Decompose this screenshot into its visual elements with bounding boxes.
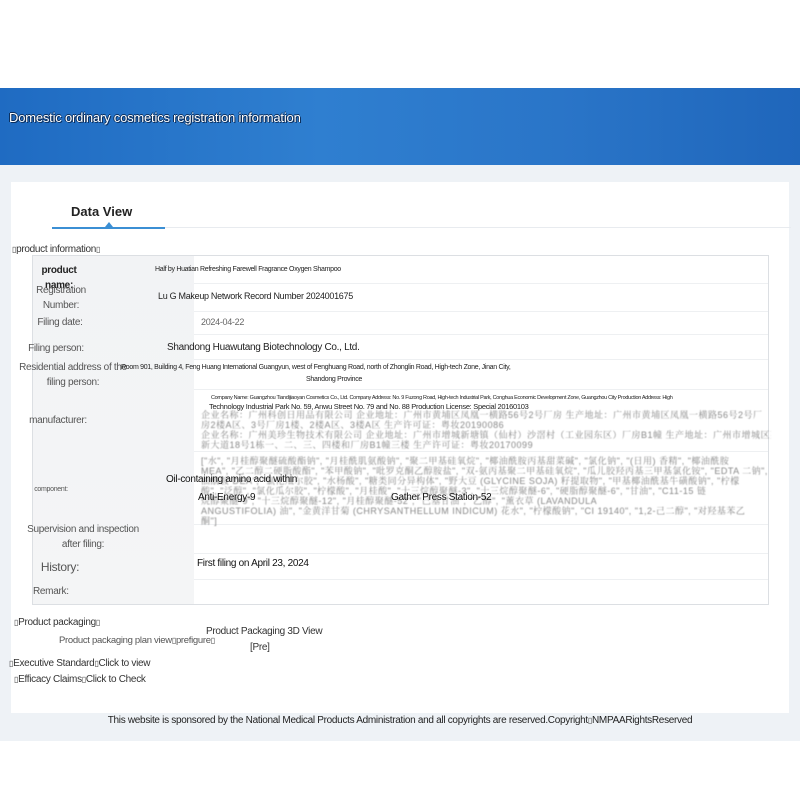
caret-up-icon (105, 222, 113, 227)
component-label: component: (31, 482, 71, 497)
row-divider (194, 311, 768, 312)
bracket-icon: ▯ (96, 618, 100, 627)
tab-divider (165, 227, 791, 228)
row-divider (194, 579, 768, 580)
component-overlay-2: Anti-Energy-9 (198, 492, 255, 503)
component-blurred-text: ["水", "月桂醇聚醚硫酸酯钠", "月桂酰肌氨酸钠", "聚二甲基硅氧烷",… (201, 456, 771, 526)
row-divider (194, 389, 768, 390)
product-info-heading-text: product information (16, 244, 96, 255)
row-divider (194, 451, 768, 452)
executive-standard-label: Executive Standard (13, 658, 94, 669)
bracket-icon: ▯ (96, 245, 100, 254)
footer: This website is sponsored by the Nationa… (0, 715, 800, 726)
filing-date-label: Filing date: (33, 315, 87, 330)
footer-text: This website is sponsored by the Nationa… (108, 715, 588, 726)
page-title: Domestic ordinary cosmetics registration… (9, 110, 301, 125)
blurred-line: 酮"] (201, 516, 771, 526)
blurred-line: ["水", "月桂醇聚醚硫酸酯钠", "月桂酰肌氨酸钠", "聚二甲基硅氧烷",… (201, 456, 771, 466)
supervision-label: Supervision and inspection after filing: (21, 522, 145, 552)
blurred-line: 企业名称：广州美珍生物技术有限公司 企业地址：广州市增城新塘镇（仙村）沙滘村（工… (201, 430, 771, 440)
efficacy-claims-link[interactable]: Click to Check (86, 674, 146, 685)
remark-label: Remark: (33, 584, 67, 599)
row-divider (194, 359, 768, 360)
manufacturer-label: manufacturer: (27, 413, 89, 428)
packaging-plan-view-text: Product packaging plan view (59, 635, 172, 646)
residential-address-value-line2: Shandong Province (306, 376, 362, 383)
blurred-line: 房2楼A区、3号厂房1楼、2楼A区、3楼A区 生产许可证：粤妆20190086 (201, 420, 771, 430)
tab-active-indicator (52, 227, 165, 229)
registration-number-label: Registration Number: (33, 283, 89, 313)
registration-number-value: Lu G Makeup Network Record Number 202400… (158, 291, 353, 301)
packaging-plan-view-link[interactable]: Product packaging plan view▯prefigure▯ (59, 635, 215, 646)
filing-date-value: 2024-04-22 (201, 317, 244, 327)
row-divider (194, 334, 768, 335)
filing-person-value: Shandong Huawutang Biotechnology Co., Lt… (167, 342, 360, 353)
packaging-3d-preview-link[interactable]: [Pre] (250, 642, 270, 653)
blurred-line: 企业名称：广州科创日用品有限公司 企业地址：广州市黄埔区凤凰一横路56号2号厂房… (201, 410, 771, 420)
packaging-3d-view-label: Product Packaging 3D View (206, 626, 322, 637)
filing-person-label: Filing person: (25, 341, 87, 356)
history-label: History: (35, 560, 85, 575)
bracket-icon: ▯ (211, 636, 215, 645)
residential-address-value-line1: Room 901, Building 4, Feng Huang Interna… (121, 364, 510, 371)
efficacy-claims-label: Efficacy Claims (18, 674, 82, 685)
header-banner: Domestic ordinary cosmetics registration… (0, 88, 800, 165)
packaging-heading: ▯Product packaging▯ (14, 617, 100, 628)
product-info-table: product name: Half by Huatian Refreshing… (32, 255, 769, 605)
blurred-line: ANGUSTIFOLIA) 油", "金黄洋甘菊 (CHRYSANTHELLUM… (201, 506, 771, 516)
component-overlay-3: Gather Press Station-52 (391, 492, 491, 503)
executive-standard-row: ▯Executive Standard▯Click to view (9, 658, 150, 669)
packaging-heading-text: Product packaging (18, 617, 96, 628)
manufacturer-value-line1: Company Name: Guangzhou Tiandijiaoyan Co… (211, 395, 673, 401)
blurred-line: 新大道18号1栋一、二、三、四楼和厂房B1幢三楼 生产许可证：粤妆2017009… (201, 440, 771, 450)
tab-bar: Data View (31, 200, 771, 230)
component-overlay-1: Oil-containing amino acid within (166, 474, 297, 485)
row-divider (194, 553, 768, 554)
product-info-heading: ▯product information▯ (12, 244, 100, 255)
efficacy-claims-row: ▯Efficacy Claims▯Click to Check (14, 674, 146, 685)
footer-suffix: NMPAARightsReserved (592, 715, 692, 726)
manufacturer-blurred-text: 企业名称：广州科创日用品有限公司 企业地址：广州市黄埔区凤凰一横路56号2号厂房… (201, 410, 771, 450)
row-divider (194, 283, 768, 284)
product-name-value: Half by Huatian Refreshing Farewell Frag… (155, 266, 341, 273)
residential-address-label: Residential address of the filing person… (19, 360, 127, 390)
executive-standard-link[interactable]: Click to view (99, 658, 151, 669)
history-value: First filing on April 23, 2024 (197, 558, 309, 569)
tab-data-view[interactable]: Data View (71, 204, 132, 219)
